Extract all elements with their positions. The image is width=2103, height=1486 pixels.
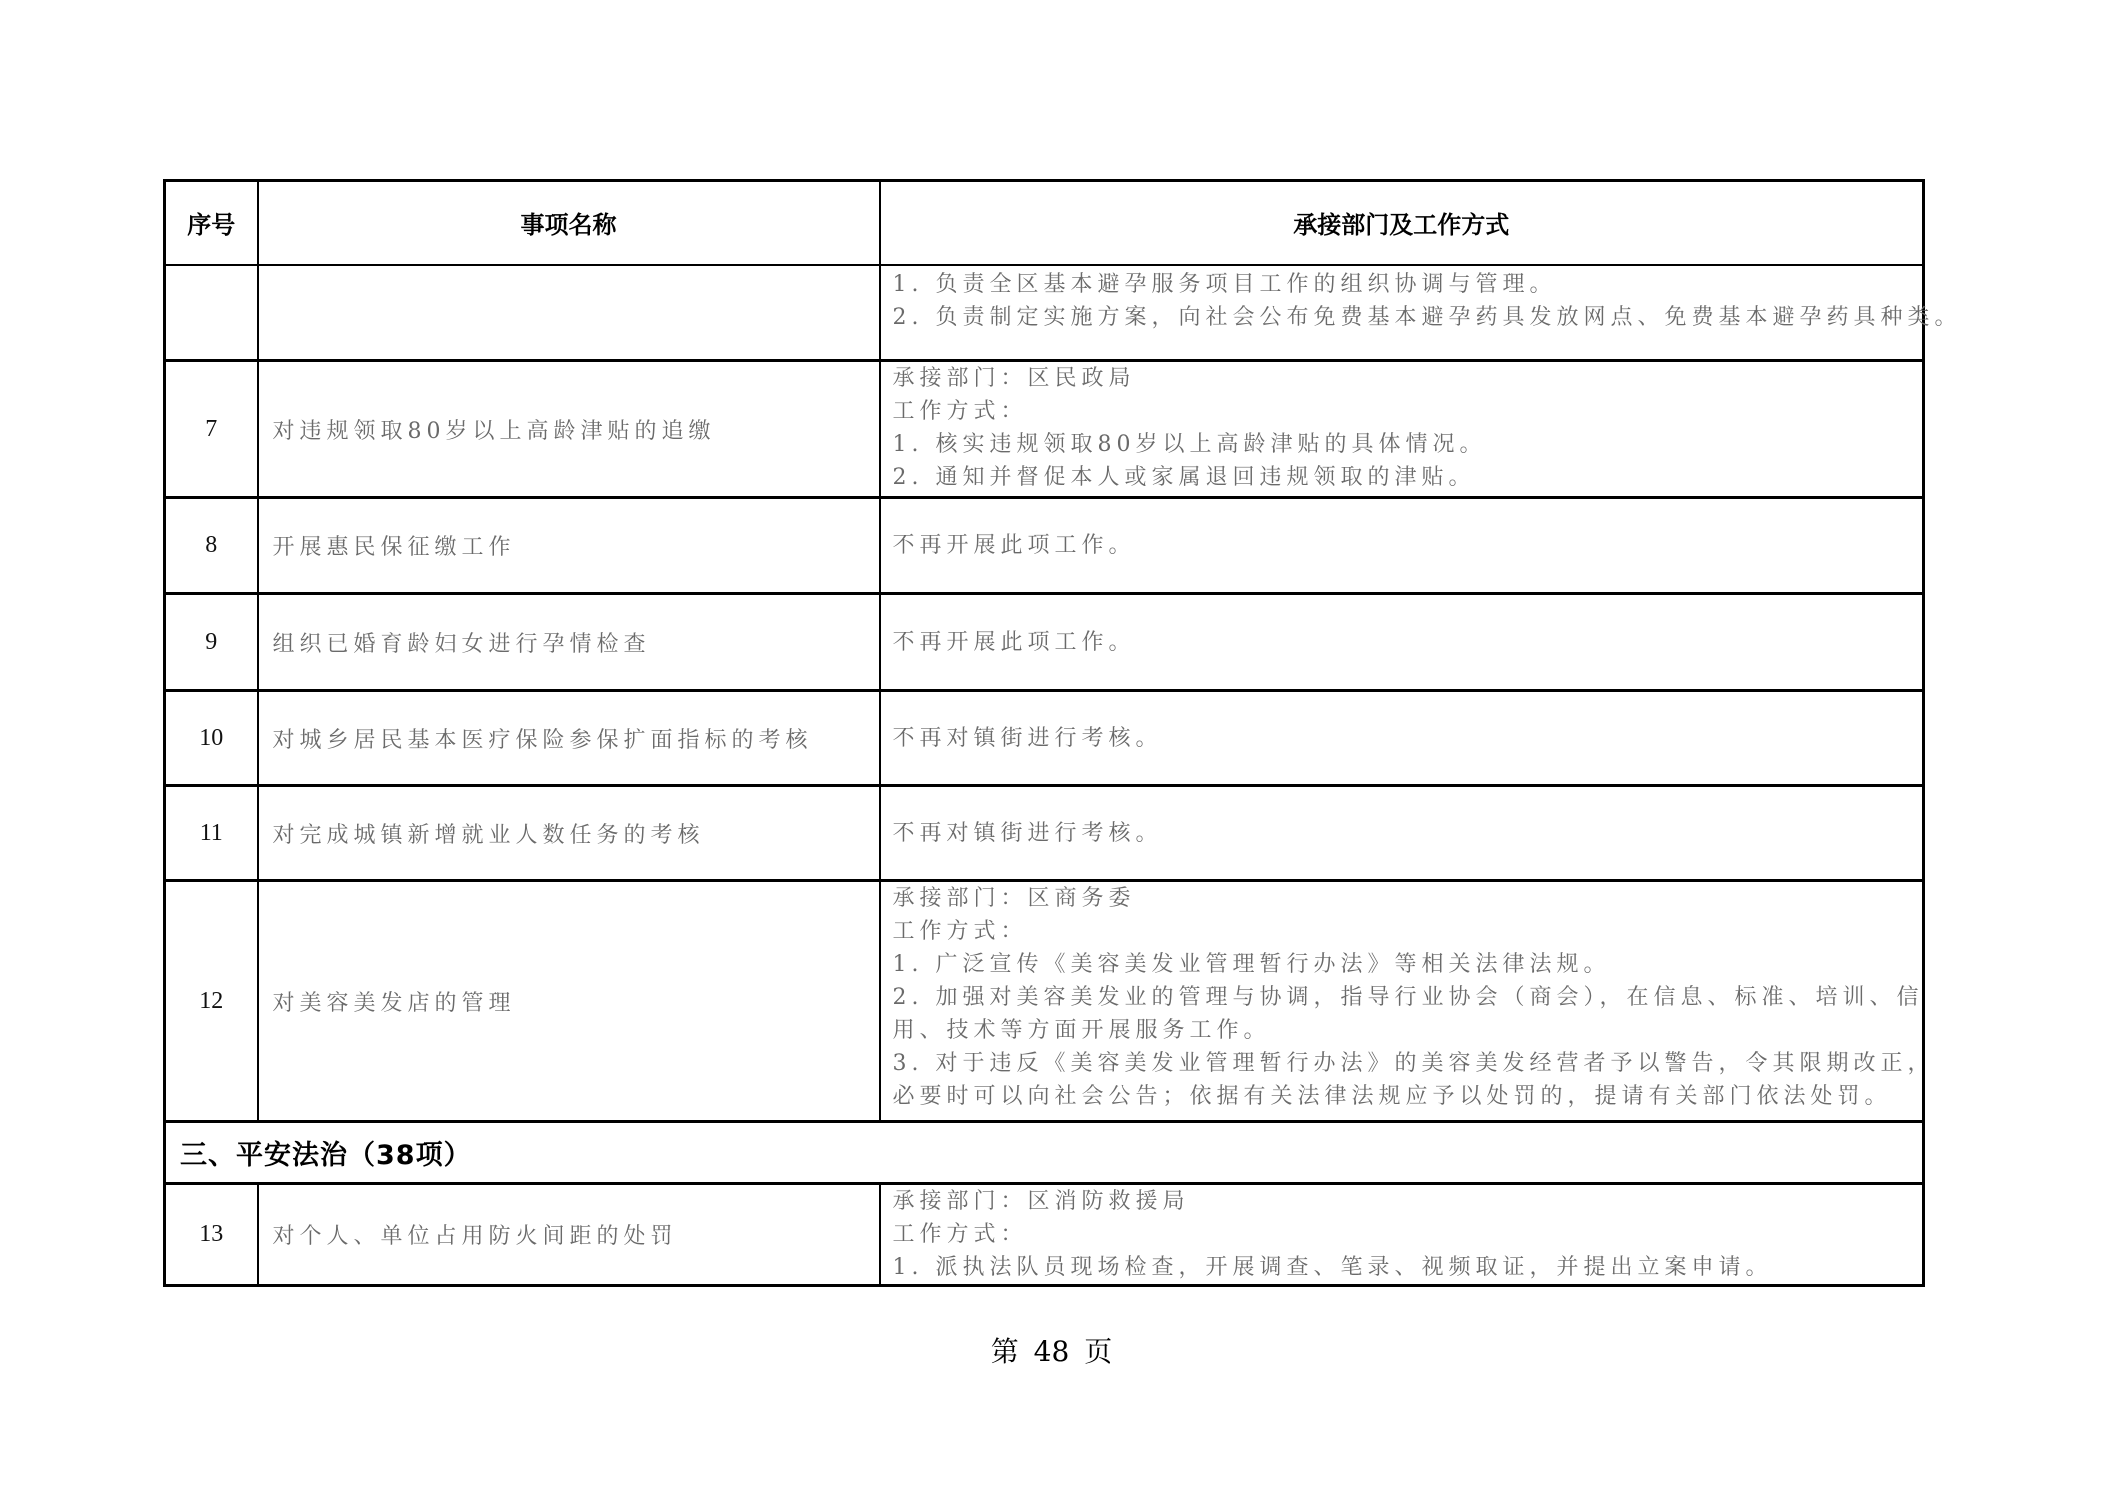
- table-row: 8 开展惠民保征缴工作 不再开展此项工作。: [165, 498, 1924, 594]
- row-item-name: 开展惠民保征缴工作: [258, 498, 880, 594]
- dept-line: 2. 通知并督促本人或家属退回违规领取的津贴。: [893, 461, 1913, 494]
- row-dept-method: 不再对镇街进行考核。: [880, 691, 1924, 786]
- row-seq: 13: [165, 1184, 258, 1286]
- dept-line: 工作方式：: [893, 915, 1913, 948]
- page-number: 第 48 页: [0, 1330, 2103, 1370]
- section-row: 三、平安法治（38项）: [165, 1122, 1924, 1184]
- table-row: 11 对完成城镇新增就业人数任务的考核 不再对镇街进行考核。: [165, 786, 1924, 881]
- header-dept-method: 承接部门及工作方式: [880, 181, 1924, 265]
- row-item-name: 组织已婚育龄妇女进行孕情检查: [258, 594, 880, 691]
- row-dept-method: 承接部门：区商务委 工作方式： 1. 广泛宣传《美容美发业管理暂行办法》等相关法…: [880, 881, 1924, 1122]
- dept-line: 2. 负责制定实施方案，向社会公布免费基本避孕药具发放网点、免费基本避孕药具种类…: [893, 301, 1913, 334]
- row-item-name: 对完成城镇新增就业人数任务的考核: [258, 786, 880, 881]
- items-table: 序号 事项名称 承接部门及工作方式 1. 负责全区基本避孕服务项目工作的组织协调…: [163, 179, 1925, 1287]
- table-row: 9 组织已婚育龄妇女进行孕情检查 不再开展此项工作。: [165, 594, 1924, 691]
- header-seq: 序号: [165, 181, 258, 265]
- row-item-name: [258, 265, 880, 361]
- dept-line: 不再开展此项工作。: [893, 626, 1913, 659]
- dept-line: 1. 派执法队员现场检查，开展调查、笔录、视频取证，并提出立案申请。: [893, 1251, 1913, 1284]
- dept-line: 不再对镇街进行考核。: [893, 722, 1913, 755]
- row-dept-method: 承接部门：区消防救援局 工作方式： 1. 派执法队员现场检查，开展调查、笔录、视…: [880, 1184, 1924, 1286]
- table-row: 1. 负责全区基本避孕服务项目工作的组织协调与管理。 2. 负责制定实施方案，向…: [165, 265, 1924, 361]
- table-row: 12 对美容美发店的管理 承接部门：区商务委 工作方式： 1. 广泛宣传《美容美…: [165, 881, 1924, 1122]
- dept-line: 1. 负责全区基本避孕服务项目工作的组织协调与管理。: [893, 268, 1913, 301]
- table-row: 7 对违规领取80岁以上高龄津贴的追缴 承接部门：区民政局 工作方式： 1. 核…: [165, 361, 1924, 498]
- dept-line: 不再对镇街进行考核。: [893, 817, 1913, 850]
- row-seq: 9: [165, 594, 258, 691]
- section-title: 三、平安法治（38项）: [165, 1122, 1924, 1184]
- row-dept-method: 1. 负责全区基本避孕服务项目工作的组织协调与管理。 2. 负责制定实施方案，向…: [880, 265, 1924, 361]
- row-item-name: 对个人、单位占用防火间距的处罚: [258, 1184, 880, 1286]
- row-dept-method: 不再对镇街进行考核。: [880, 786, 1924, 881]
- dept-line: 用、技术等方面开展服务工作。: [893, 1014, 1913, 1047]
- table-header-row: 序号 事项名称 承接部门及工作方式: [165, 181, 1924, 265]
- row-seq: 12: [165, 881, 258, 1122]
- row-dept-method: 不再开展此项工作。: [880, 594, 1924, 691]
- dept-line: 1. 广泛宣传《美容美发业管理暂行办法》等相关法律法规。: [893, 948, 1913, 981]
- row-item-name: 对违规领取80岁以上高龄津贴的追缴: [258, 361, 880, 498]
- row-seq: [165, 265, 258, 361]
- dept-line: 1. 核实违规领取80岁以上高龄津贴的具体情况。: [893, 428, 1913, 461]
- dept-line: 工作方式：: [893, 395, 1913, 428]
- row-seq: 10: [165, 691, 258, 786]
- dept-line: 3. 对于违反《美容美发业管理暂行办法》的美容美发经营者予以警告，令其限期改正，: [893, 1047, 1913, 1080]
- dept-line: 不再开展此项工作。: [893, 529, 1913, 562]
- row-seq: 8: [165, 498, 258, 594]
- table-row: 13 对个人、单位占用防火间距的处罚 承接部门：区消防救援局 工作方式： 1. …: [165, 1184, 1924, 1286]
- row-item-name: 对美容美发店的管理: [258, 881, 880, 1122]
- dept-line: 承接部门：区消防救援局: [893, 1185, 1913, 1218]
- row-seq: 7: [165, 361, 258, 498]
- row-dept-method: 不再开展此项工作。: [880, 498, 1924, 594]
- dept-line: 必要时可以向社会公告；依据有关法律法规应予以处罚的，提请有关部门依法处罚。: [893, 1080, 1913, 1113]
- dept-line: 承接部门：区商务委: [893, 882, 1913, 915]
- header-item-name: 事项名称: [258, 181, 880, 265]
- row-item-name: 对城乡居民基本医疗保险参保扩面指标的考核: [258, 691, 880, 786]
- dept-line: 工作方式：: [893, 1218, 1913, 1251]
- table-row: 10 对城乡居民基本医疗保险参保扩面指标的考核 不再对镇街进行考核。: [165, 691, 1924, 786]
- row-dept-method: 承接部门：区民政局 工作方式： 1. 核实违规领取80岁以上高龄津贴的具体情况。…: [880, 361, 1924, 498]
- dept-line: 2. 加强对美容美发业的管理与协调，指导行业协会（商会），在信息、标准、培训、信: [893, 981, 1913, 1014]
- row-seq: 11: [165, 786, 258, 881]
- dept-line: 承接部门：区民政局: [893, 362, 1913, 395]
